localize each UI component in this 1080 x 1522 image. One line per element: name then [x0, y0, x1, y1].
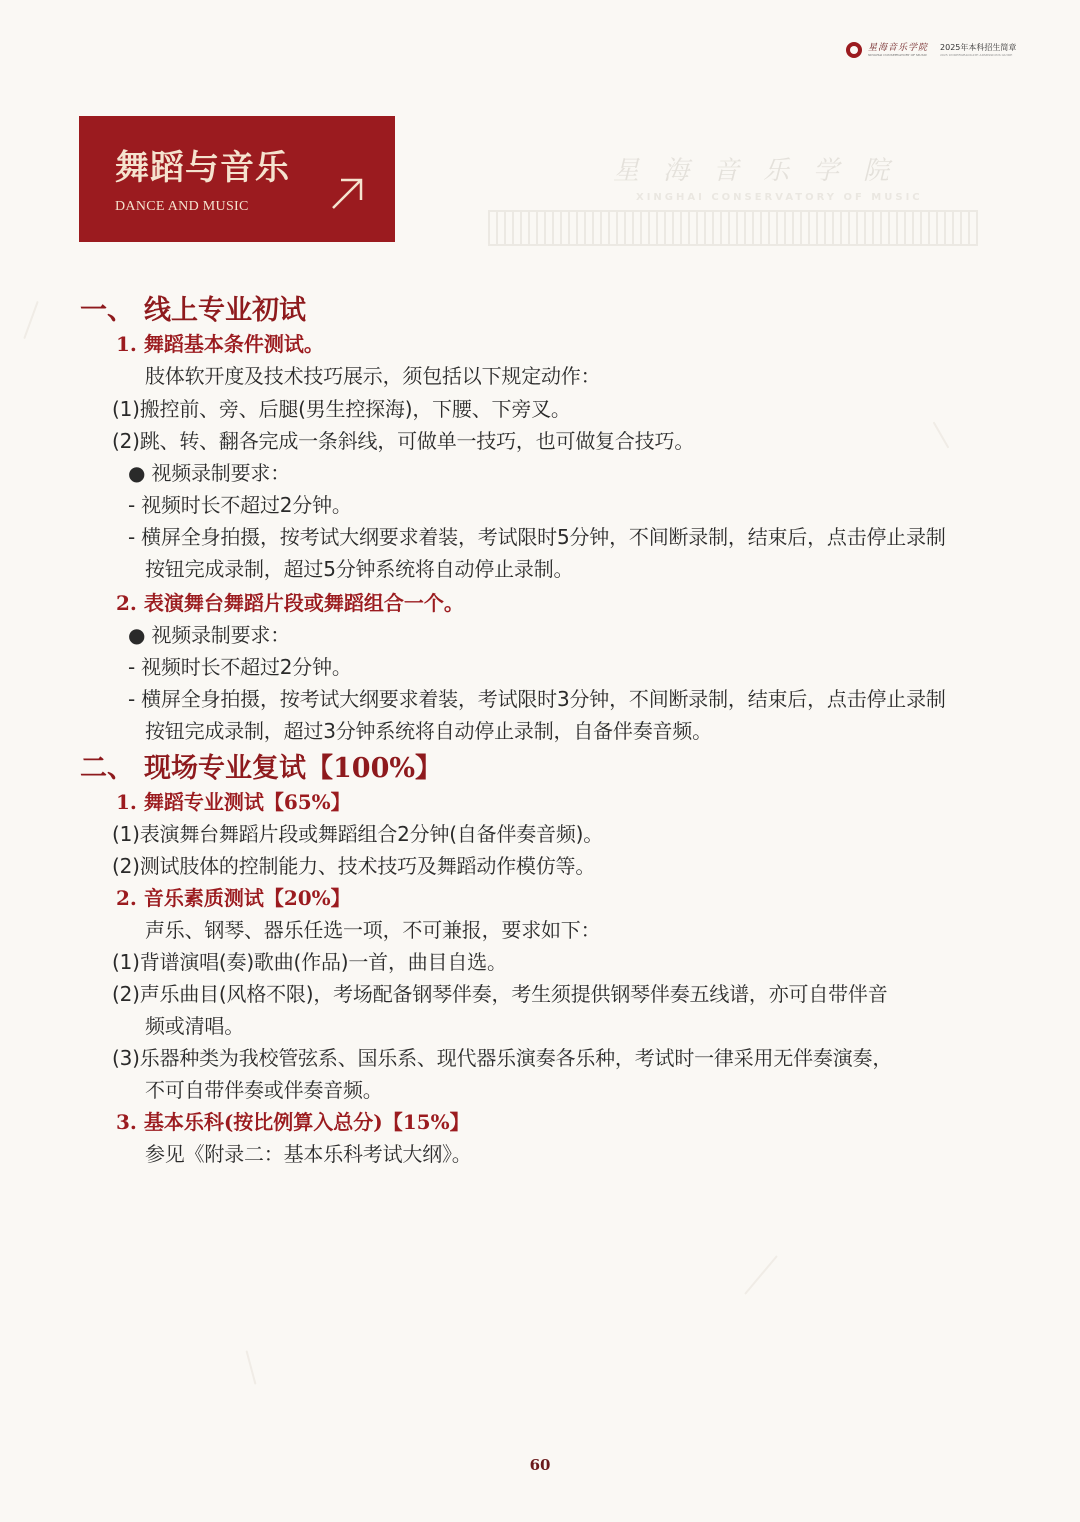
paper-texture	[744, 1255, 778, 1295]
paper-texture	[23, 301, 39, 339]
dash-item: - 横屏全身拍摄，按考试大纲要求着装，考试限时5分钟，不间断录制，结束后，点击停…	[128, 521, 946, 550]
dash-item: - 视频时长不超过2分钟。	[128, 489, 352, 518]
section-title: 线上专业初试	[144, 295, 306, 326]
dash-item-continued: 按钮完成录制，超过5分钟系统将自动停止录制。	[145, 553, 573, 582]
list-item: (1)搬控前、旁、后腿(男生控探海)，下腰、下旁叉。	[112, 393, 571, 422]
banner-title: 舞蹈与音乐	[115, 140, 290, 189]
section-banner: 舞蹈与音乐 DANCE AND MUSIC	[79, 116, 395, 242]
watermark-cn: 星海音乐学院	[613, 150, 913, 187]
paper-texture	[246, 1350, 257, 1384]
school-name: 星海音乐学院 XINGHAI CONSERVATORY OF MUSIC	[868, 43, 928, 57]
dash-item-continued: 按钮完成录制，超过3分钟系统将自动停止录制，自备伴奏音频。	[145, 715, 712, 744]
paragraph: 肢体软开度及技术技巧展示，须包括以下规定动作：	[145, 360, 600, 389]
campus-watermark: 星海音乐学院 XINGHAI CONSERVATORY OF MUSIC	[488, 124, 1028, 244]
section-number: 一、	[80, 288, 144, 327]
list-item-continued: 频或清唱。	[145, 1010, 244, 1039]
paper-texture	[933, 422, 950, 449]
section-number: 二、	[80, 746, 144, 785]
bullet-item: ● 视频录制要求：	[128, 619, 290, 648]
paragraph: 声乐、钢琴、器乐任选一项，不可兼报，要求如下：	[145, 914, 600, 943]
guide-subtitle: 2025 UNDERGRADUATE ADMISSIONS GUIDE	[940, 53, 1016, 57]
subsection-heading: 1. 舞蹈基本条件测试。	[116, 328, 324, 357]
watermark-building-illustration	[488, 210, 978, 246]
guide-title-block: 2025年本科招生简章 2025 UNDERGRADUATE ADMISSION…	[940, 43, 1016, 57]
school-logo-icon	[846, 42, 862, 58]
dash-item: - 横屏全身拍摄，按考试大纲要求着装，考试限时3分钟，不间断录制，结束后，点击停…	[128, 683, 946, 712]
list-item: (3)乐器种类为我校管弦系、国乐系、现代器乐演奏各乐种，考试时一律采用无伴奏演奏…	[112, 1042, 892, 1071]
subsection-heading: 3. 基本乐科(按比例算入总分)【15%】	[116, 1106, 470, 1135]
section-heading: 一、线上专业初试	[80, 288, 306, 327]
arrow-up-right-icon	[329, 176, 365, 212]
section-heading: 二、现场专业复试【100%】	[80, 746, 442, 785]
list-item-continued: 不可自带伴奏或伴奏音频。	[145, 1074, 383, 1103]
watermark-en: XINGHAI CONSERVATORY OF MUSIC	[636, 192, 923, 203]
banner-subtitle: DANCE AND MUSIC	[115, 199, 249, 215]
bullet-item: ● 视频录制要求：	[128, 457, 290, 486]
page-number: 60	[0, 1456, 1080, 1474]
page-header: 星海音乐学院 XINGHAI CONSERVATORY OF MUSIC 202…	[846, 42, 1016, 58]
list-item: (1)表演舞台舞蹈片段或舞蹈组合2分钟(自备伴奏音频)。	[112, 818, 603, 847]
guide-title: 2025年本科招生简章	[940, 43, 1016, 53]
paragraph: 参见《附录二：基本乐科考试大纲》。	[145, 1138, 472, 1167]
list-item: (2)声乐曲目(风格不限)，考场配备钢琴伴奏，考生须提供钢琴伴奏五线谱，亦可自带…	[112, 978, 888, 1007]
list-item: (2)测试肢体的控制能力、技术技巧及舞蹈动作模仿等。	[112, 850, 595, 879]
list-item: (2)跳、转、翻各完成一条斜线，可做单一技巧，也可做复合技巧。	[112, 425, 694, 454]
subsection-heading: 1. 舞蹈专业测试【65%】	[116, 786, 351, 815]
section-title: 现场专业复试【100%】	[144, 753, 442, 784]
subsection-heading: 2. 表演舞台舞蹈片段或舞蹈组合一个。	[116, 587, 464, 616]
school-name-cn: 星海音乐学院	[868, 43, 928, 53]
list-item: (1)背谱演唱(奏)歌曲(作品)一首，曲目自选。	[112, 946, 507, 975]
subsection-heading: 2. 音乐素质测试【20%】	[116, 882, 351, 911]
school-name-en: XINGHAI CONSERVATORY OF MUSIC	[868, 53, 928, 57]
dash-item: - 视频时长不超过2分钟。	[128, 651, 352, 680]
